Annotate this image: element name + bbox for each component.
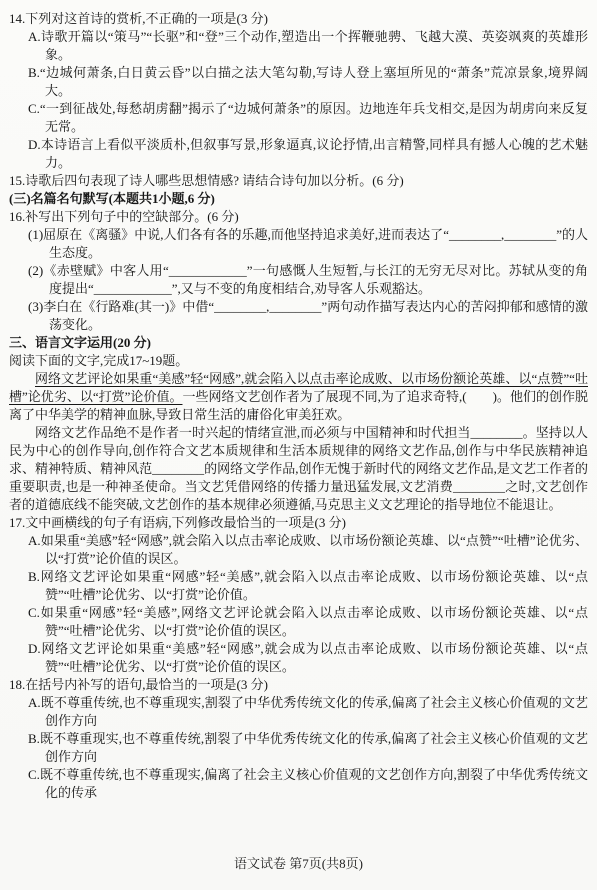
q14-option-c: C.“一到征战处,每愁胡虏翻”揭示了“边城何萧条”的原因。边地连年兵戈相交,是因… <box>9 100 588 136</box>
q17-option-a: A.如果重“美感”轻“网感”,就会陷入以点击率论成败、以市场份额论英雄、以“点赞… <box>9 532 588 568</box>
q18-option-c: C.既不尊重传统,也不尊重现实,偏离了社会主义核心价值观的文艺创作方向,割裂了中… <box>9 766 588 802</box>
q17-option-c: C.如果重“网感”轻“美感”,网络文艺评论就会陷入以点击率论成败、以市场份额论英… <box>9 604 588 640</box>
q18-stem: 18.在括号内补写的语句,最恰当的一项是(3 分) <box>9 676 588 694</box>
page-footer: 语文试卷 第7页(共8页) <box>0 853 597 872</box>
q17-option-b: B.网络文艺评论如果重“网感”轻“美感”,就会陷入以点击率论成败、以市场份额论英… <box>9 568 588 604</box>
q18-option-b: B.既不尊重现实,也不尊重传统,割裂了中华优秀传统文化的传承,偏离了社会主义核心… <box>9 730 588 766</box>
exam-body: 14.下列对这首诗的赏析,不正确的一项是(3 分) A.诗歌开篇以“策马”“长驱… <box>9 10 588 802</box>
q14-option-a: A.诗歌开篇以“策马”“长驱”和“登”三个动作,塑造出一个挥鞭驰骋、飞越大漠、英… <box>9 28 588 64</box>
q14-option-b: B.“边城何萧条,白日黄云昏”以白描之法大笔勾勒,写诗人登上塞垣所见的“萧条”荒… <box>9 64 588 100</box>
q16-item-1: (1)屈原在《离骚》中说,人们各有各的乐趣,而他坚持追求美好,进而表达了“___… <box>9 226 588 262</box>
passage-paragraph-1: 网络文艺评论如果重“美感”轻“网感”,就会陷入以点击率论成败、以市场份额论英雄、… <box>9 370 588 424</box>
reading-intro: 阅读下面的文字,完成17~19题。 <box>9 352 588 370</box>
q16-item-3: (3)李白在《行路难(其一)》中借“________,________”两句动作… <box>9 298 588 334</box>
section-mo-xie-heading: (三)名篇名句默写(本题共1小题,6 分) <box>9 190 588 208</box>
exam-page: 14.下列对这首诗的赏析,不正确的一项是(3 分) A.诗歌开篇以“策马”“长驱… <box>0 0 597 890</box>
section-lang-heading: 三、语言文字运用(20 分) <box>9 334 588 352</box>
q18-option-a: A.既不尊重传统,也不尊重现实,割裂了中华优秀传统文化的传承,偏离了社会主义核心… <box>9 694 588 730</box>
q16-item-2: (2)《赤壁赋》中客人用“____________”一句感慨人生短暂,与长江的无… <box>9 262 588 298</box>
passage-paragraph-2: 网络文艺作品绝不是作者一时兴起的情绪宣泄,而必须与中国精神和时代担当______… <box>9 424 588 514</box>
q14-option-d: D.本诗语言上看似平淡质朴,但叙事写景,形象逼真,议论抒情,出言精警,同样具有撼… <box>9 136 588 172</box>
q15-stem: 15.诗歌后四句表现了诗人哪些思想情感? 请结合诗句加以分析。(6 分) <box>9 172 588 190</box>
q16-stem: 16.补写出下列句子中的空缺部分。(6 分) <box>9 208 588 226</box>
q14-stem: 14.下列对这首诗的赏析,不正确的一项是(3 分) <box>9 10 588 28</box>
q17-stem: 17.文中画横线的句子有语病,下列修改最恰当的一项是(3 分) <box>9 514 588 532</box>
q17-option-d: D.网络文艺评论如果重“美感”轻“网感”,就会成为以点击率论成败、以市场份额论英… <box>9 640 588 676</box>
